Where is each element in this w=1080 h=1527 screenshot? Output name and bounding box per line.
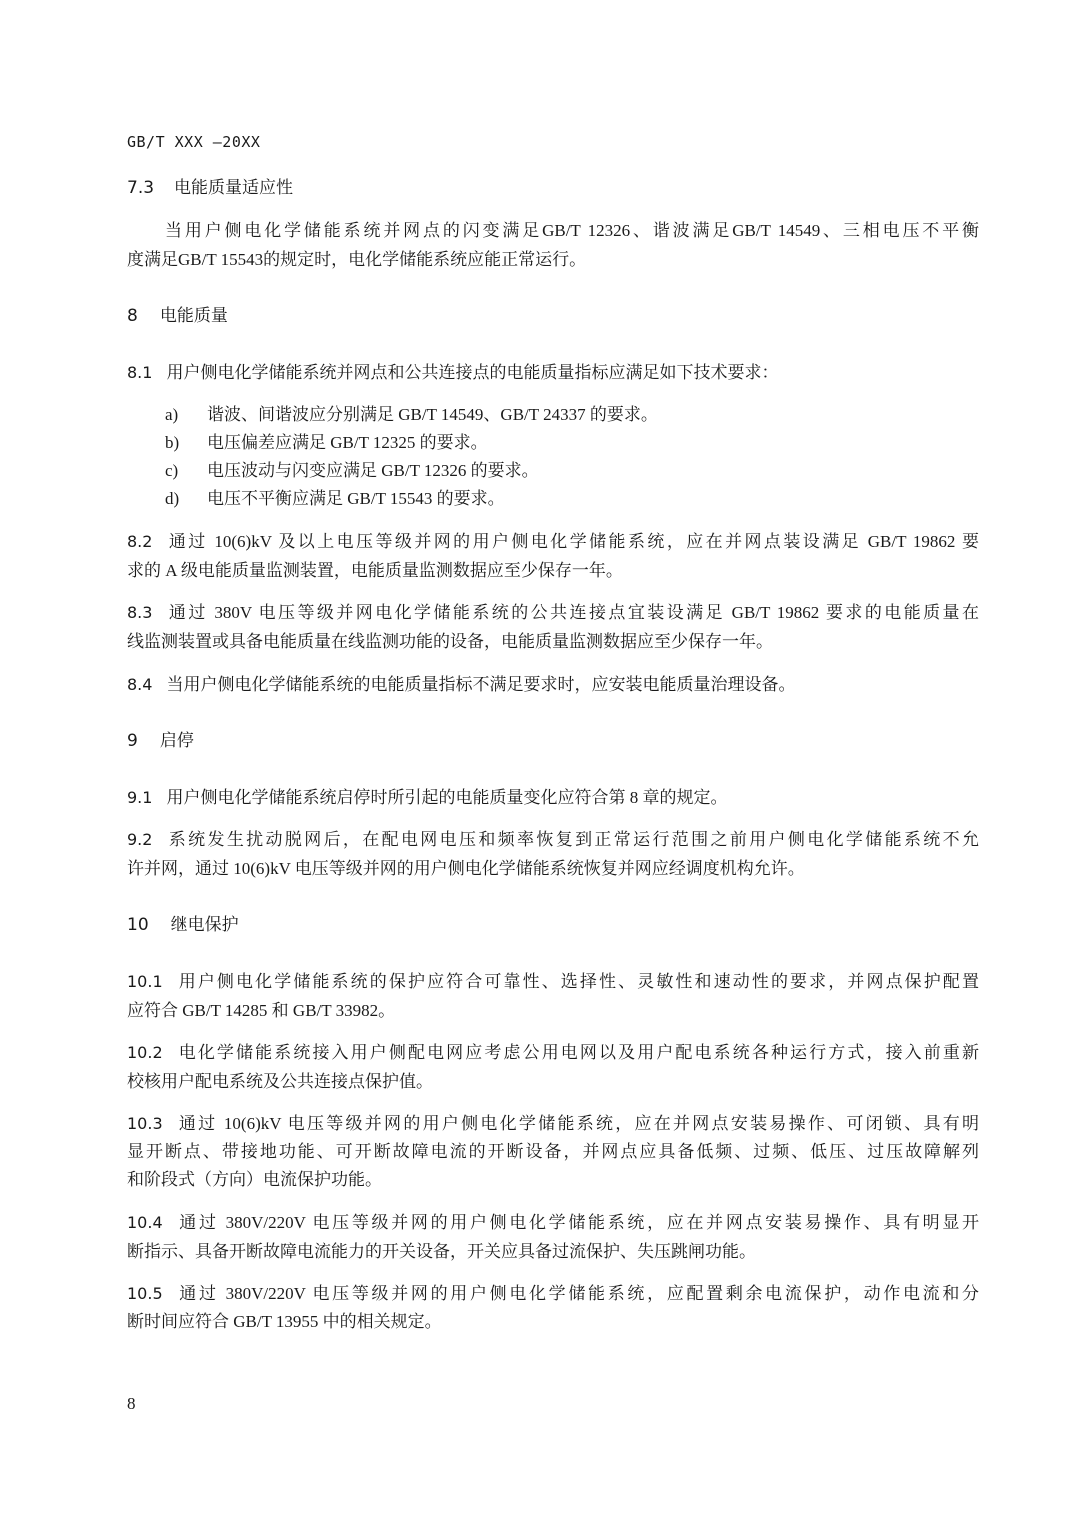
clause-9-2-line-2: 许并网，通过 10(6)kV 电压等级并网的用户侧电化学储能系统恢复并网应经调度…	[127, 857, 805, 881]
clause-number: 9.1	[127, 786, 152, 810]
list-marker: c)	[165, 459, 207, 483]
clause-text: 当用户侧电化学储能系统的电能质量指标不满足要求时，应安装电能质量治理设备。	[166, 675, 795, 694]
clause-number: 9.2	[127, 828, 152, 852]
clause-9-1: 9.1用户侧电化学储能系统启停时所引起的电能质量变化应符合第 8 章的规定。	[127, 786, 727, 810]
clause-number: 8.3	[127, 601, 152, 625]
clause-10-3-line-3: 和阶段式（方向）电流保护功能。	[127, 1168, 382, 1192]
list-marker: b)	[165, 431, 207, 455]
clause-10-1-line-2: 应符合 GB/T 14285 和 GB/T 33982。	[127, 999, 395, 1023]
document-code-header: GB/T XXX —20XX	[127, 130, 260, 154]
clause-number: 10.1	[127, 970, 163, 994]
chapter-number: 8	[127, 304, 138, 328]
clause-10-4-line-1: 10.4通过 380V/220V 电压等级并网的用户侧电化学储能系统，应在并网点…	[127, 1211, 979, 1235]
clause-text: 电化学储能系统接入用户侧配电网应考虑公用电网以及用户配电系统各种运行方式，接入前…	[177, 1043, 979, 1062]
list-text: 电压波动与闪变应满足 GB/T 12326 的要求。	[207, 461, 539, 480]
clause-9-2-line-1: 9.2系统发生扰动脱网后，在配电网电压和频率恢复到正常运行范围之前用户侧电化学储…	[127, 828, 979, 852]
chapter-9-heading: 9启停	[127, 729, 194, 753]
clause-text: 系统发生扰动脱网后，在配电网电压和频率恢复到正常运行范围之前用户侧电化学储能系统…	[166, 830, 979, 849]
document-page: GB/T XXX —20XX 7.3电能质量适应性 当用户侧电化学储能系统并网点…	[0, 0, 1080, 1527]
clause-10-5-line-1: 10.5通过 380V/220V 电压等级并网的用户侧电化学储能系统，应配置剩余…	[127, 1282, 979, 1306]
clause-8-2-line-1: 8.2通过 10(6)kV 及以上电压等级并网的用户侧电化学储能系统，应在并网点…	[127, 530, 979, 554]
clause-8-3-line-2: 线监测装置或具备电能质量在线监测功能的设备，电能质量监测数据应至少保存一年。	[127, 630, 773, 654]
clause-10-1-line-1: 10.1用户侧电化学储能系统的保护应符合可靠性、选择性、灵敏性和速动性的要求，并…	[127, 970, 979, 994]
clause-7-3-line-1: 当用户侧电化学储能系统并网点的闪变满足GB/T 12326、谐波满足GB/T 1…	[165, 219, 979, 243]
clause-number: 8.4	[127, 673, 152, 697]
clause-text: 通过 380V/220V 电压等级并网的用户侧电化学储能系统，应配置剩余电流保护…	[177, 1284, 979, 1303]
list-marker: a)	[165, 403, 207, 427]
clause-10-2-line-1: 10.2电化学储能系统接入用户侧配电网应考虑公用电网以及用户配电系统各种运行方式…	[127, 1041, 979, 1065]
clause-text: 用户侧电化学储能系统的保护应符合可靠性、选择性、灵敏性和速动性的要求，并网点保护…	[177, 972, 979, 991]
clause-number: 7.3	[127, 176, 154, 200]
chapter-number: 9	[127, 729, 138, 753]
clause-8-3-line-1: 8.3通过 380V 电压等级并网电化学储能系统的公共连接点宜装设满足 GB/T…	[127, 601, 979, 625]
list-text: 电压偏差应满足 GB/T 12325 的要求。	[207, 433, 488, 452]
clause-number: 10.3	[127, 1112, 163, 1136]
clause-7-3-heading: 7.3电能质量适应性	[127, 176, 293, 200]
clause-text: 用户侧电化学储能系统并网点和公共连接点的电能质量指标应满足如下技术要求：	[166, 363, 778, 382]
clause-text: 通过 380V 电压等级并网电化学储能系统的公共连接点宜装设满足 GB/T 19…	[166, 603, 979, 622]
chapter-number: 10	[127, 913, 149, 937]
list-marker: d)	[165, 487, 207, 511]
list-text: 电压不平衡应满足 GB/T 15543 的要求。	[207, 489, 505, 508]
list-item-d: d)电压不平衡应满足 GB/T 15543 的要求。	[165, 487, 505, 511]
clause-8-4: 8.4当用户侧电化学储能系统的电能质量指标不满足要求时，应安装电能质量治理设备。	[127, 673, 795, 697]
chapter-10-heading: 10继电保护	[127, 913, 239, 937]
clause-number: 10.2	[127, 1041, 163, 1065]
clause-title: 电能质量适应性	[174, 178, 293, 198]
list-item-c: c)电压波动与闪变应满足 GB/T 12326 的要求。	[165, 459, 539, 483]
clause-10-3-line-1: 10.3通过 10(6)kV 电压等级并网的用户侧电化学储能系统，应在并网点安装…	[127, 1112, 979, 1136]
chapter-title: 继电保护	[171, 915, 239, 935]
clause-8-2-line-2: 求的 A 级电能质量监测装置，电能质量监测数据应至少保存一年。	[127, 559, 623, 583]
clause-10-2-line-2: 校核用户配电系统及公共连接点保护值。	[127, 1070, 433, 1094]
clause-number: 10.5	[127, 1282, 163, 1306]
clause-8-1: 8.1用户侧电化学储能系统并网点和公共连接点的电能质量指标应满足如下技术要求：	[127, 361, 778, 385]
clause-number: 8.1	[127, 361, 152, 385]
clause-10-4-line-2: 断指示、具备开断故障电流能力的开关设备，开关应具备过流保护、失压跳闸功能。	[127, 1240, 756, 1264]
clause-text: 通过 10(6)kV 及以上电压等级并网的用户侧电化学储能系统，应在并网点装设满…	[166, 532, 979, 551]
clause-text: 用户侧电化学储能系统启停时所引起的电能质量变化应符合第 8 章的规定。	[166, 788, 727, 807]
chapter-title: 电能质量	[160, 306, 228, 326]
clause-text: 通过 380V/220V 电压等级并网的用户侧电化学储能系统，应在并网点安装易操…	[177, 1213, 979, 1232]
clause-number: 10.4	[127, 1211, 163, 1235]
list-item-b: b)电压偏差应满足 GB/T 12325 的要求。	[165, 431, 488, 455]
chapter-title: 启停	[160, 731, 194, 751]
list-text: 谐波、间谐波应分别满足 GB/T 14549、GB/T 24337 的要求。	[207, 405, 658, 424]
clause-10-3-line-2: 显开断点、带接地功能、可开断故障电流的开断设备，并网点应具备低频、过频、低压、过…	[127, 1140, 979, 1164]
clause-number: 8.2	[127, 530, 152, 554]
page-number: 8	[127, 1394, 136, 1414]
list-item-a: a)谐波、间谐波应分别满足 GB/T 14549、GB/T 24337 的要求。	[165, 403, 658, 427]
clause-10-5-line-2: 断时间应符合 GB/T 13955 中的相关规定。	[127, 1310, 442, 1334]
chapter-8-heading: 8电能质量	[127, 304, 228, 328]
clause-7-3-line-2: 度满足GB/T 15543的规定时，电化学储能系统应能正常运行。	[127, 248, 586, 272]
clause-text: 通过 10(6)kV 电压等级并网的用户侧电化学储能系统，应在并网点安装易操作、…	[177, 1114, 979, 1133]
